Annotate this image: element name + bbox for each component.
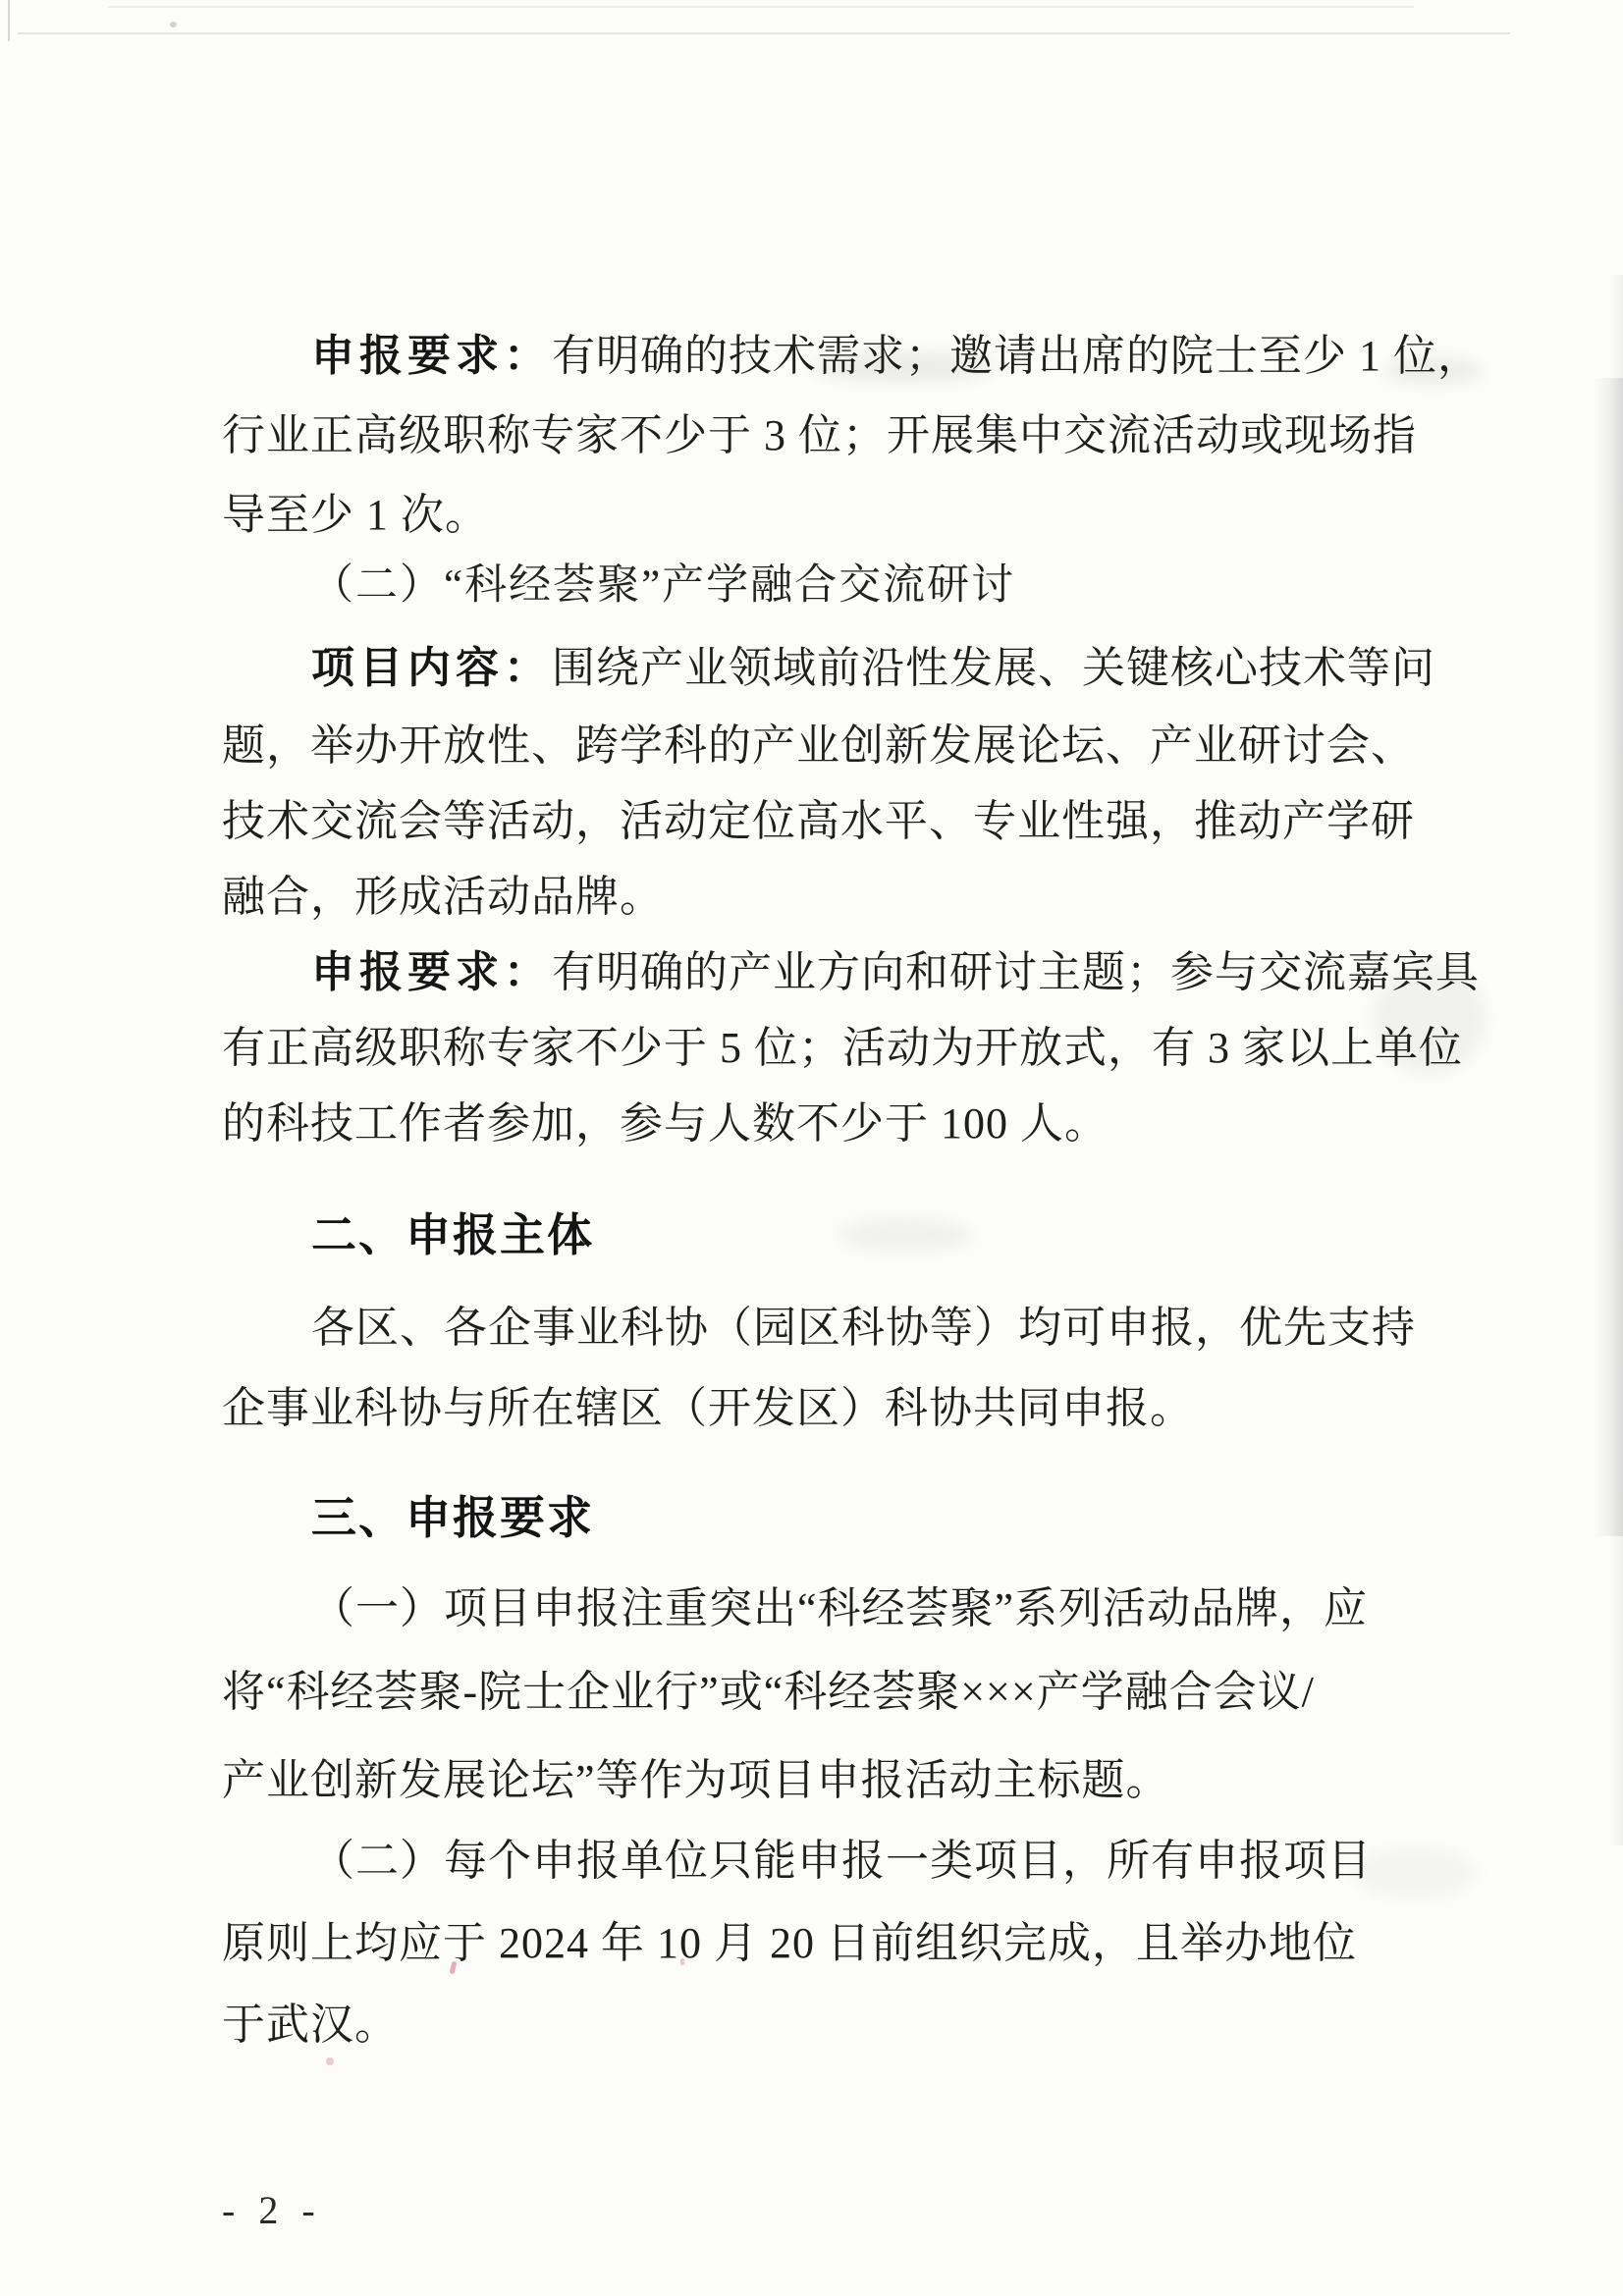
paragraph-line: 产业创新发展论坛”等作为项目申报活动主标题。 xyxy=(222,1756,1170,1806)
paragraph-line: （二）每个申报单位只能申报一类项目，所有申报项目 xyxy=(311,1837,1372,1887)
paragraph-text: 有明确的技术需求；邀请出席的院士至少 1 位， xyxy=(552,332,1482,380)
scan-edge-shadow xyxy=(1594,378,1623,1536)
paragraph-line: 申报要求：有明确的技术需求；邀请出席的院士至少 1 位， xyxy=(311,332,1482,382)
paragraph-line: 有正高级职称专家不少于 5 位；活动为开放式，有 3 家以上单位 xyxy=(222,1024,1463,1074)
paragraph-line: 项目内容：围绕产业领域前沿性发展、关键核心技术等问 xyxy=(311,644,1435,694)
scan-line-artifact xyxy=(108,6,1414,8)
paragraph-line: 导至少 1 次。 xyxy=(222,491,489,541)
subsection-heading: （二）“科经荟聚”产学融合交流研讨 xyxy=(311,561,1015,610)
paragraph-lead-label: 项目内容： xyxy=(311,644,552,692)
paragraph-line: 各区、各企事业科协（园区科协等）均可申报，优先支持 xyxy=(311,1304,1416,1354)
paragraph-line: 企事业科协与所在辖区（开发区）科协共同申报。 xyxy=(222,1384,1194,1434)
section-heading: 三、申报要求 xyxy=(311,1482,594,1547)
scan-line-artifact xyxy=(18,32,1510,34)
paragraph-text: 有明确的产业方向和研讨主题；参与交流嘉宾具 xyxy=(552,948,1480,996)
paragraph-line: 题，举办开放性、跨学科的产业创新发展论坛、产业研讨会、 xyxy=(222,721,1415,772)
paragraph-line: 将“科经荟聚-院士企业行”或“科经荟聚×××产学融合会议/ xyxy=(222,1668,1315,1718)
scan-edge-artifact xyxy=(8,0,10,41)
scan-ink-speck xyxy=(326,2057,334,2065)
paragraph-line: 融合，形成活动品牌。 xyxy=(222,873,664,923)
paragraph-line: 的科技工作者参加，参与人数不少于 100 人。 xyxy=(222,1099,1109,1149)
paragraph-lead-label: 申报要求： xyxy=(311,948,552,996)
paragraph-line: 行业正高级职称专家不少于 3 位；开展集中交流活动或现场指 xyxy=(222,411,1417,461)
scan-edge-shadow xyxy=(1609,275,1623,1845)
scan-smudge xyxy=(839,1217,972,1253)
paragraph-line: 申报要求：有明确的产业方向和研讨主题；参与交流嘉宾具 xyxy=(311,948,1480,998)
paragraph-line: 于武汉。 xyxy=(222,2001,399,2051)
paragraph-line: 技术交流会等活动，活动定位高水平、专业性强，推动产学研 xyxy=(222,797,1415,847)
document-page: 申报要求：有明确的技术需求；邀请出席的院士至少 1 位， 行业正高级职称专家不少… xyxy=(0,0,1623,2296)
paragraph-text: 围绕产业领域前沿性发展、关键核心技术等问 xyxy=(552,644,1435,692)
paragraph-line: （一）项目申报注重突出“科经荟聚”系列活动品牌，应 xyxy=(311,1584,1368,1634)
paragraph-line: 原则上均应于 2024 年 10 月 20 日前组织完成，且举办地位 xyxy=(222,1919,1357,1969)
paragraph-lead-label: 申报要求： xyxy=(311,332,552,380)
scan-dust-artifact xyxy=(170,22,177,27)
page-number: - 2 - xyxy=(222,2187,322,2233)
section-heading: 二、申报主体 xyxy=(311,1200,594,1264)
